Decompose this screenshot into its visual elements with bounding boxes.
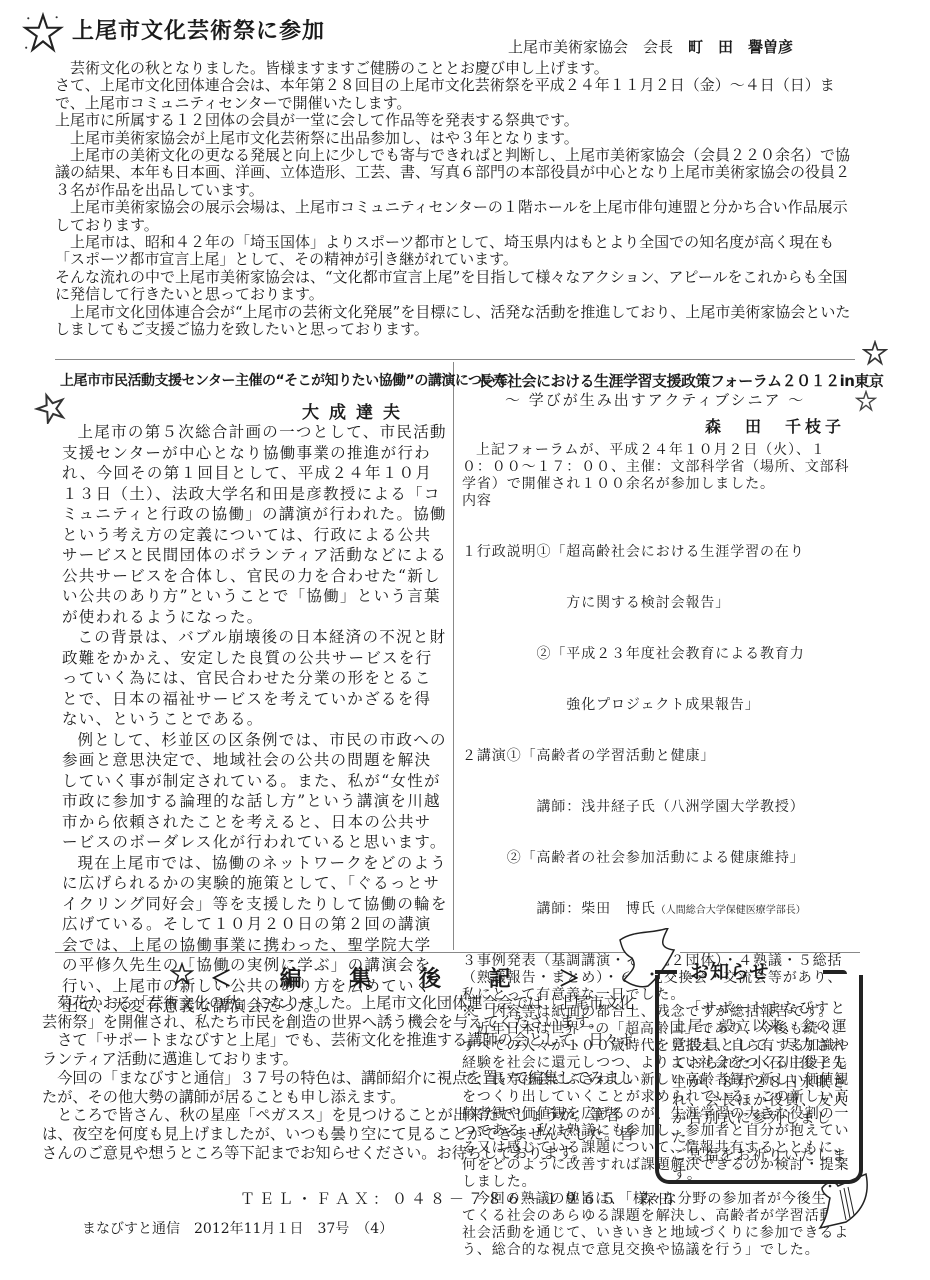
paragraph: 上記フォーラムが、平成２４年１０月２日（火）、１０：００～１７：００、主催：文部… xyxy=(462,442,852,493)
program-item: ②「平成２３年度社会教育による教育力 xyxy=(462,646,852,663)
article3-title: 長寿社会における生涯学習支援政策フォーラム２０１２in東京 xyxy=(478,370,883,391)
notice-border xyxy=(655,970,677,974)
notice-title: お知らせ xyxy=(690,957,769,984)
paragraph: 上尾市は、昭和４２年の「埼玉国体」よりスポーツ都市として、埼玉県内はもとより全国… xyxy=(55,234,860,269)
program-item: 講師：柴田 博氏（人間総合大学保健医療学部長） xyxy=(462,901,852,919)
paragraph: 今回の「まなびすと通信」３７号の特色は、講師紹介に視点を置いて編集してみましたが… xyxy=(42,1069,642,1106)
program-list: １行政説明①「超高齢社会における生涯学習の在り 方に関する検討会報告」 ②「平成… xyxy=(462,510,852,953)
paragraph: 「サポートまなびすと上尾」設立以来、会の運営役員として、尽力されておられた小石川… xyxy=(672,1000,854,1147)
divider-horizontal-top xyxy=(55,359,855,360)
paragraph: さて、上尾市文化団体連合会は、本年第２８回目の上尾市文化芸術祭を平成２４年１１月… xyxy=(55,77,860,112)
program-item: ２講演①「高齢者の学習活動と健康」 xyxy=(462,748,852,765)
program-item: 強化プロジェクト成果報告」 xyxy=(462,697,852,714)
paragraph: 例として、杉並区の区条例では、市民の市政への参画と意思決定で、地域社会の公共の問… xyxy=(62,730,448,853)
paragraph: さて「サポートまなびすと上尾」でも、芸術文化を推進する講師の会として、日々ボラン… xyxy=(42,1031,642,1068)
byline-name: 町 田 譽曽彦 xyxy=(688,38,793,56)
contents-label: 内容 xyxy=(462,493,852,510)
article2-body: 上尾市の第５次総合計画の一つとして、市民活動支援センターが中心となり協働事業の推… xyxy=(62,422,448,1017)
program-item: 講師：浅井経子氏（八洲学園大学教授） xyxy=(462,799,852,816)
lecturer-affiliation: （人間総合大学保健医療学部長） xyxy=(656,905,806,916)
star-icon xyxy=(34,392,68,424)
paragraph: 上尾市美術家協会の展示会場は、上尾市コミュニティセンターの１階ホールを上尾市俳句… xyxy=(55,199,860,234)
paragraph: 芸術文化の秋となりました。皆様ますますご健勝のこととお慶び申し上げます。 xyxy=(55,60,860,77)
paragraph: 上尾市の第５次総合計画の一つとして、市民活動支援センターが中心となり協働事業の推… xyxy=(62,422,448,627)
paragraph: ところで皆さん、秋の星座「ペガスス」を見つけることが出来たでしょうか。筆者は、夜… xyxy=(42,1106,642,1162)
paragraph: 菊花かおる「芸術文化の秋」になりました。上尾市文化団体連合会では「上尾市文化芸術… xyxy=(42,994,642,1031)
article1-title: 上尾市文化芸術祭に参加 xyxy=(72,14,325,45)
program-item: ②「高齢者の社会参加活動による健康維持」 xyxy=(462,850,852,867)
star-icon xyxy=(22,12,64,54)
program-item: 方に関する検討会報告」 xyxy=(462,595,852,612)
article1-byline: 上尾市美術家協会 会長 町 田 譽曽彦 xyxy=(508,36,793,57)
article1-body: 芸術文化の秋となりました。皆様ますますご健勝のこととお慶び申し上げます。 さて、… xyxy=(55,60,860,339)
paragraph: ご冥福をお祈りいたします。 xyxy=(672,1147,854,1184)
contact-line: ＴＥＬ・ＦＡＸ：０４８－７８６－１９６５ 森田 xyxy=(240,1188,677,1209)
paragraph: 上尾市の美術文化の更なる発展と向上に少しでも寄与できればと判断し、上尾市美術家協… xyxy=(55,147,860,199)
article2-author: 大成達夫 xyxy=(302,398,410,423)
editor-body: 菊花かおる「芸術文化の秋」になりました。上尾市文化団体連合会では「上尾市文化芸術… xyxy=(42,994,642,1162)
notice-body: 「サポートまなびすと上尾」設立以来、会の運営役員として、尽力されておられた小石川… xyxy=(672,1000,854,1184)
divider-vertical-columns xyxy=(453,362,454,950)
paragraph: 上尾市文化団体連合会が“上尾市の芸術文化発展”を目標にし、活発な活動を推進してお… xyxy=(55,304,860,339)
star-icon xyxy=(862,340,888,366)
paragraph: 上尾市美術家協会が上尾市文化芸術祭に出品参加し、はや３年となります。 xyxy=(55,130,860,147)
article3-author: 森 田 千枝子 xyxy=(705,414,845,437)
program-item: １行政説明①「超高齢社会における生涯学習の在り xyxy=(462,544,852,561)
article2-title: 上尾市市民活動支援センター主催の“そこが知りたい協働”の講演について xyxy=(60,370,509,390)
page-footer: まなびすと通信 2012年11月１日 37号 （4） xyxy=(82,1218,393,1238)
paragraph: この背景は、バブル崩壊後の日本経済の不況と財政難をかかえ、安定した良質の公共サー… xyxy=(62,627,448,730)
paragraph: そんな流れの中で上尾市美術家協会は、“文化都市宣言上尾”を目指して様々なアクショ… xyxy=(55,269,860,304)
paragraph: 上尾市に所属する１２団体の会員が一堂に会して作品等を発表する祭典です。 xyxy=(55,112,860,129)
byline-org: 上尾市美術家協会 会長 xyxy=(508,38,673,56)
article3-subtitle: ～ 学びが生み出すアクティブシニア ～ xyxy=(505,389,805,410)
editor-title: ＜ 編 集 後 記 ＞ xyxy=(210,962,600,993)
lecturer-label: 講師：柴田 博氏 xyxy=(462,901,656,917)
star-icon xyxy=(855,390,877,412)
notice-border xyxy=(823,970,847,974)
